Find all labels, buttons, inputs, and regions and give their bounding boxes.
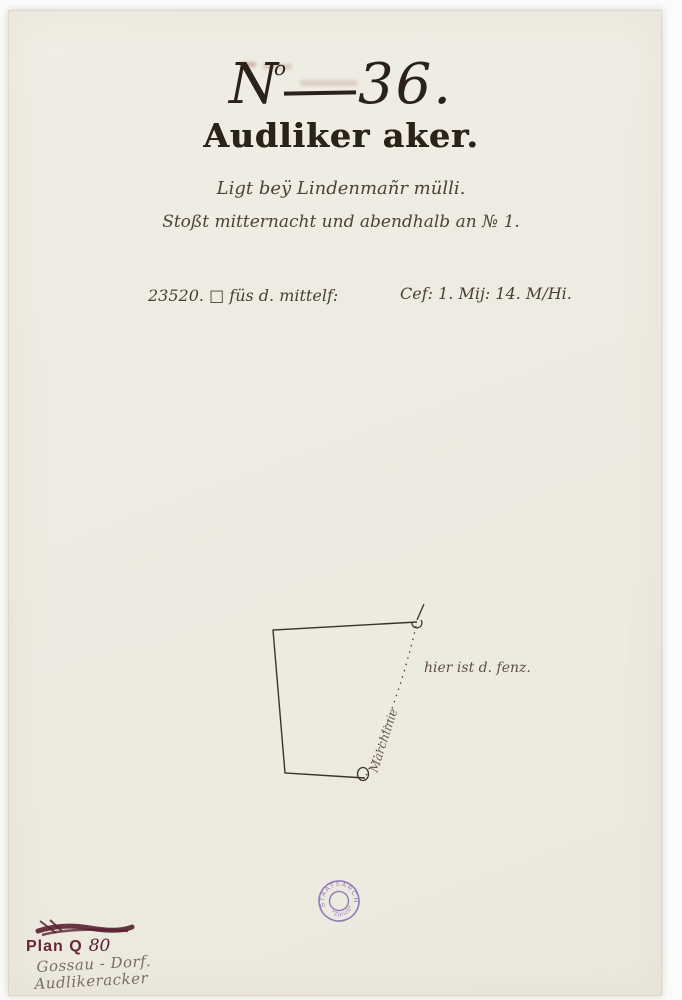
shelfmark: Plan Q80 [26,936,110,956]
location-line: Ligt beÿ Lindenmañr mülli. [0,178,682,199]
number-prefix: N [229,52,280,117]
parcel-title: Audliker aker. [0,116,682,155]
area-measurement: 23520. □ füs d. mittelf: [148,286,338,305]
sketch-annotation: hier ist d. fenz. [424,660,531,676]
stamp-text-bottom: *Zürich* [328,903,356,921]
area-conversion: Cef: 1. Mij: 14. M/Hi. [400,284,572,303]
shelfmark-printed: Plan Q [26,938,83,955]
parcel-boundary-solid [273,622,417,778]
parcel-sketch [250,580,550,810]
paper-sheet [8,10,662,996]
number-superscript: o [274,56,288,80]
survey-marker-top [412,604,424,628]
shelfmark-number: 80 [89,936,111,956]
number-value: 36. [358,52,453,117]
archive-stamp: STAATSARCHIV *Zürich* [306,868,372,934]
svg-text:*Zürich*: *Zürich* [328,903,356,921]
underline-flourish [284,90,356,95]
plan-number-heading: No36. [0,52,682,117]
bounds-line: Stoßt mitternacht und abendhalb an № 1. [0,212,682,232]
document-scan: No36. Audliker aker. Ligt beÿ Lindenmañr… [0,0,682,1000]
